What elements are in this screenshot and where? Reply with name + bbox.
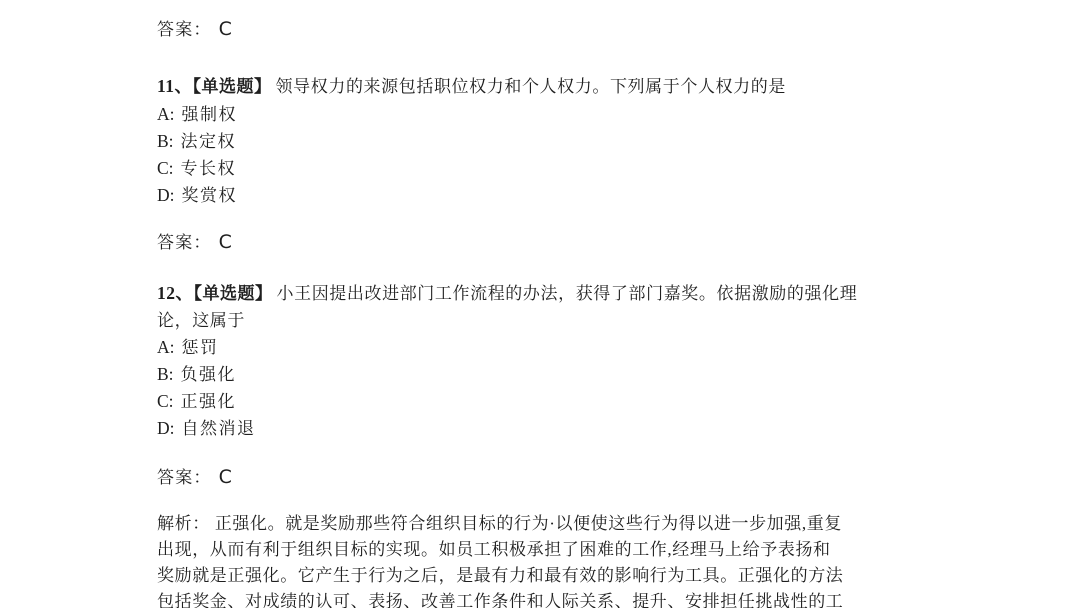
option-b: B:法定权 [157, 128, 945, 155]
question-12-options: A:惩罚 B:负强化 C:正强化 D:自然消退 [157, 334, 945, 442]
answer-label: 答案： [157, 468, 212, 487]
option-a: A:强制权 [157, 101, 945, 128]
question-11-stem: 11、【单选题】领导权力的来源包括职位权力和个人权力。下列属于个人权力的是 [157, 73, 945, 100]
option-c: C:正强化 [157, 388, 945, 415]
answer-label: 答案： [157, 20, 212, 39]
document-page: 答案：C 11、【单选题】领导权力的来源包括职位权力和个人权力。下列属于个人权力… [0, 0, 945, 608]
option-text: 法定权 [181, 132, 237, 151]
option-letter: B: [157, 131, 174, 151]
option-text: 负强化 [181, 365, 237, 384]
question-type-tag: 【单选题】 [194, 284, 273, 303]
answer-label: 答案： [157, 233, 212, 252]
question-stem-line-1: 12、【单选题】小王因提出改进部门工作流程的办法，获得了部门嘉奖。依据激励的强化… [157, 280, 945, 307]
question-12-stem: 12、【单选题】小王因提出改进部门工作流程的办法，获得了部门嘉奖。依据激励的强化… [157, 280, 945, 334]
answer-value: C [219, 231, 232, 253]
analysis-line-4: 包括奖金、对成绩的认可、表扬、改善工作条件和人际关系、提升、安排担任挑战性的工 [157, 589, 945, 608]
analysis-section: 解析：正强化。就是奖励那些符合组织目标的行为·以便使这些行为得以进一步加强,重复… [157, 511, 945, 608]
option-d: D:奖赏权 [157, 182, 945, 209]
option-letter: C: [157, 391, 174, 411]
option-a: A:惩罚 [157, 334, 945, 361]
answer-line-q10: 答案：C [157, 16, 945, 43]
question-type-tag: 【单选题】 [193, 77, 272, 96]
question-number: 12、 [157, 283, 194, 303]
answer-value: C [219, 466, 232, 488]
option-d: D:自然消退 [157, 415, 945, 442]
option-text: 强制权 [182, 105, 238, 124]
answer-value: C [219, 18, 232, 40]
option-letter: B: [157, 364, 174, 384]
question-stem-line-2: 论，这属于 [157, 307, 945, 334]
option-text: 专长权 [181, 159, 237, 178]
option-b: B:负强化 [157, 361, 945, 388]
option-letter: A: [157, 337, 175, 357]
option-letter: A: [157, 104, 175, 124]
option-c: C:专长权 [157, 155, 945, 182]
analysis-line-2: 出现，从而有利于组织目标的实现。如员工积极承担了困难的工作,经理马上给予表扬和 [157, 537, 945, 563]
option-letter: D: [157, 185, 175, 205]
question-stem-text: 小王因提出改进部门工作流程的办法，获得了部门嘉奖。依据激励的强化理 [277, 284, 858, 303]
question-number: 11、 [157, 76, 193, 96]
answer-line-q11: 答案：C [157, 229, 945, 256]
analysis-line-1: 解析：正强化。就是奖励那些符合组织目标的行为·以便使这些行为得以进一步加强,重复 [157, 511, 945, 537]
option-letter: C: [157, 158, 174, 178]
option-text: 自然消退 [182, 419, 256, 438]
answer-line-q12: 答案：C [157, 464, 945, 491]
analysis-line-3: 奖励就是正强化。它产生于行为之后，是最有力和最有效的影响行为工具。正强化的方法 [157, 563, 945, 589]
option-letter: D: [157, 418, 175, 438]
option-text: 惩罚 [182, 338, 219, 357]
question-11-options: A:强制权 B:法定权 C:专长权 D:奖赏权 [157, 101, 945, 209]
option-text: 正强化 [181, 392, 237, 411]
analysis-label: 解析： [157, 514, 210, 533]
question-stem-text: 领导权力的来源包括职位权力和个人权力。下列属于个人权力的是 [276, 77, 786, 96]
option-text: 奖赏权 [182, 186, 238, 205]
